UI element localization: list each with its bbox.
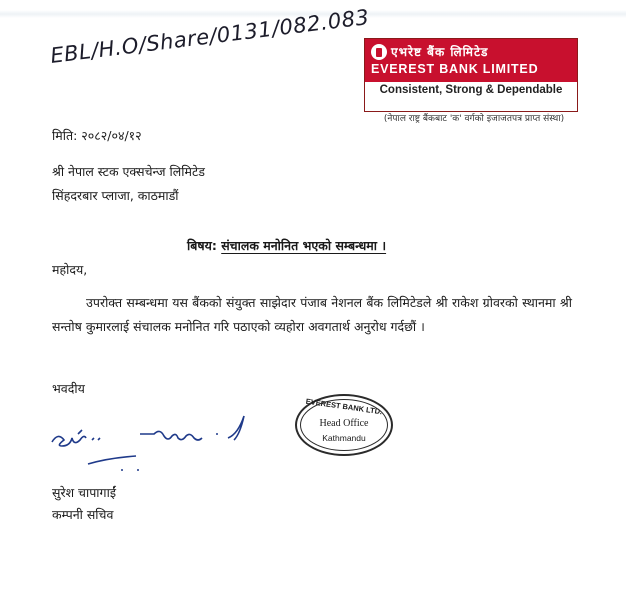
bank-name-english: EVEREST BANK LIMITED <box>371 62 538 76</box>
subject-line: बिषय: संचालक मनोनित भएको सम्बन्धमा । <box>187 237 386 254</box>
subject-text: संचालक मनोनित भएको सम्बन्धमा । <box>221 238 386 253</box>
stamp-office: Head Office <box>297 418 391 429</box>
salutation: महोदय, <box>52 261 87 278</box>
bank-name-nepali: एभरेष्ट बैंक लिमिटेड <box>391 43 488 60</box>
letter-body: उपरोक्त सम्बन्धमा यस बैंकको संयुक्त साझे… <box>52 291 572 339</box>
bank-emblem-icon <box>371 44 387 60</box>
signature <box>48 412 288 477</box>
stamp-city: Kathmandu <box>297 433 391 443</box>
recipient-address: सिंहदरबार प्लाजा, काठमाडौं <box>52 187 179 204</box>
signatory-title: कम्पनी सचिव <box>52 506 113 523</box>
stamp-bank-name: EVEREST BANK LTD. <box>297 396 391 418</box>
bank-logo: एभरेष्ट बैंक लिमिटेड EVEREST BANK LIMITE… <box>364 38 578 112</box>
signatory-name: सुरेश चापागाईं <box>52 484 116 501</box>
subject-label: बिषय: <box>187 238 217 253</box>
license-note: (नेपाल राष्ट्र बैंकबाट 'क' वर्गको इजाजतप… <box>368 111 580 124</box>
closing: भवदीय <box>52 380 85 397</box>
bank-tagline: Consistent, Strong & Dependable <box>365 84 577 96</box>
date-line: मिति: २०८२/०४/१२ <box>52 127 142 144</box>
recipient-name: श्री नेपाल स्टक एक्सचेन्ज लिमिटेड <box>52 163 205 180</box>
office-stamp: EVEREST BANK LTD. Head Office Kathmandu <box>295 394 393 456</box>
